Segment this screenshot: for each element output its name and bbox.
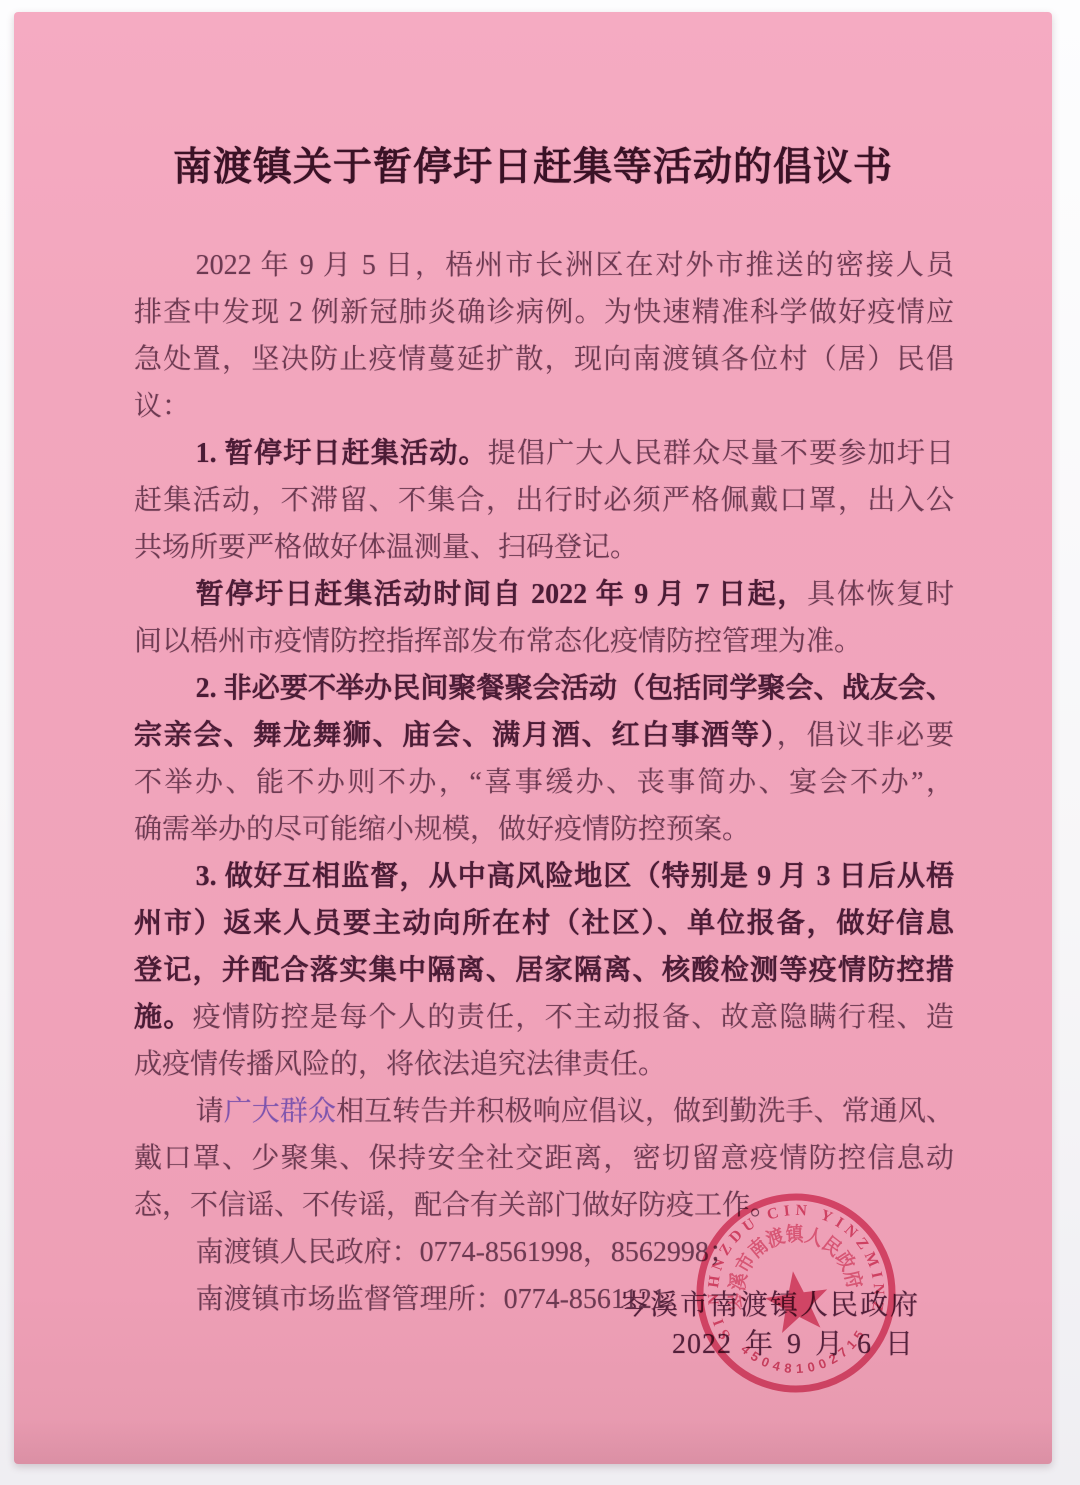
text-line: 宗亲会、舞龙舞狮、庙会、满月酒、红白事酒等），倡议非必要 [134,712,954,759]
text-line: 2022 年 9 月 5 日，梧州市长洲区在对外市推送的密接人员 [134,242,954,289]
paragraph-item-2-no-gatherings: 2. 非必要不举办民间聚餐聚会活动（包括同学聚会、战友会、宗亲会、舞龙舞狮、庙会… [134,665,954,853]
text-run: 议： [134,391,190,422]
text-line: 排查中发现 2 例新冠肺炎确诊病例。为快速精准科学做好疫情应 [134,289,954,336]
paragraph-suspension-time: 暂停圩日赶集活动时间自 2022 年 9 月 7 日起，具体恢复时间以梧州市疫情… [134,571,954,665]
text-line: 赶集活动，不滞留、不集合，出行时必须严格佩戴口罩，出入公 [134,477,954,524]
page-title: 南渡镇关于暂停圩日赶集等活动的倡议书 [54,140,1012,196]
text-run: ，倡议非必要 [777,720,954,751]
text-run: 相互转告并积极响应倡议，做到勤洗手、常通风、 [336,1096,954,1127]
text-run: 南渡镇人民政府：0774-8561998，8562998； [196,1237,737,1268]
seal-star-icon [762,1267,832,1335]
text-line: 议： [134,383,954,430]
text-run: 请 [196,1096,224,1127]
text-line: 共场所要严格做好体温测量、扫码登记。 [134,524,954,571]
notice-body: 2022 年 9 月 5 日，梧州市长洲区在对外市推送的密接人员排查中发现 2 … [134,242,954,1323]
text-run: 疫情防控是每个人的责任，不主动报备、故意隐瞒行程、造 [193,1002,954,1033]
bold-text-run: 州市）返来人员要主动向所在村（社区）、单位报备，做好信息 [134,908,954,939]
bold-text-run: 暂停圩日赶集活动时间自 2022 年 9 月 7 日起， [196,579,808,610]
text-line: 2. 非必要不举办民间聚餐聚会活动（包括同学聚会、战友会、 [134,665,954,712]
bold-text-run: 3. 做好互相监督，从中高风险地区（特别是 9 月 3 日后从梧 [196,861,954,892]
official-seal: SI NHNZDU CIN YINZMINZ 岑溪市南渡镇人民政府 450481… [680,1177,913,1410]
text-line: 施。疫情防控是每个人的责任，不主动报备、故意隐瞒行程、造 [134,994,954,1041]
text-run: 成疫情传播风险的，将依法追究法律责任。 [134,1049,666,1080]
text-run: 赶集活动，不滞留、不集合，出行时必须严格佩戴口罩，出入公 [134,485,954,516]
text-line: 请广大群众相互转告并积极响应倡议，做到勤洗手、常通风、 [134,1088,954,1135]
text-line: 不举办、能不办则不办，“喜事缓办、丧事简办、宴会不办”， [134,759,954,806]
official-seal-graphic: SI NHNZDU CIN YINZMINZ 岑溪市南渡镇人民政府 450481… [680,1177,913,1410]
bold-text-run: 施。 [134,1002,193,1033]
text-line: 间以梧州市疫情防控指挥部发布常态化疫情防控管理为准。 [134,618,954,665]
text-run: 戴口罩、少聚集、保持安全社交距离，密切留意疫情防控信息动 [134,1143,954,1174]
text-run: 提倡广大人民群众尽量不要参加圩日 [488,438,954,469]
text-line: 急处置，坚决防止疫情蔓延扩散，现向南渡镇各位村（居）民倡 [134,336,954,383]
text-line: 成疫情传播风险的，将依法追究法律责任。 [134,1041,954,1088]
text-line: 1. 暂停圩日赶集活动。提倡广大人民群众尽量不要参加圩日 [134,430,954,477]
text-run: 急处置，坚决防止疫情蔓延扩散，现向南渡镇各位村（居）民倡 [134,344,954,375]
notice-paper: 南渡镇关于暂停圩日赶集等活动的倡议书 2022 年 9 月 5 日，梧州市长洲区… [14,12,1052,1464]
text-line: 戴口罩、少聚集、保持安全社交距离，密切留意疫情防控信息动 [134,1135,954,1182]
text-line: 登记，并配合落实集中隔离、居家隔离、核酸检测等疫情防控措 [134,947,954,994]
text-line: 州市）返来人员要主动向所在村（社区）、单位报备，做好信息 [134,900,954,947]
paragraph-intro: 2022 年 9 月 5 日，梧州市长洲区在对外市推送的密接人员排查中发现 2 … [134,242,954,430]
text-line: 3. 做好互相监督，从中高风险地区（特别是 9 月 3 日后从梧 [134,853,954,900]
text-run: 确需举办的尽可能缩小规模，做好疫情防控预案。 [134,814,750,845]
text-run: 具体恢复时 [807,579,954,610]
text-line: 确需举办的尽可能缩小规模，做好疫情防控预案。 [134,806,954,853]
bold-text-run: 宗亲会、舞龙舞狮、庙会、满月酒、红白事酒等） [134,720,777,751]
text-run: 2022 年 9 月 5 日，梧州市长洲区在对外市推送的密接人员 [196,250,954,281]
paragraph-item-3-mutual-supervision: 3. 做好互相监督，从中高风险地区（特别是 9 月 3 日后从梧州市）返来人员要… [134,853,954,1088]
text-run: 间以梧州市疫情防控指挥部发布常态化疫情防控管理为准。 [134,626,862,657]
text-run: 不举办、能不办则不办，“喜事缓办、丧事简办、宴会不办”， [134,767,954,798]
bold-text-run: 登记，并配合落实集中隔离、居家隔离、核酸检测等疫情防控措 [134,955,954,986]
highlighted-text-run: 广大群众 [224,1096,336,1127]
bold-text-run: 2. 非必要不举办民间聚餐聚会活动（包括同学聚会、战友会、 [196,673,954,704]
text-run: 排查中发现 2 例新冠肺炎确诊病例。为快速精准科学做好疫情应 [134,297,954,328]
paragraph-item-1-suspend-market: 1. 暂停圩日赶集活动。提倡广大人民群众尽量不要参加圩日赶集活动，不滞留、不集合… [134,430,954,571]
text-line: 暂停圩日赶集活动时间自 2022 年 9 月 7 日起，具体恢复时 [134,571,954,618]
photo-background: { "doc": { "title": "南渡镇关于暂停圩日赶集等活动的倡议书"… [0,0,1080,1485]
bold-text-run: 1. 暂停圩日赶集活动。 [196,438,488,469]
text-run: 共场所要严格做好体温测量、扫码登记。 [134,532,638,563]
